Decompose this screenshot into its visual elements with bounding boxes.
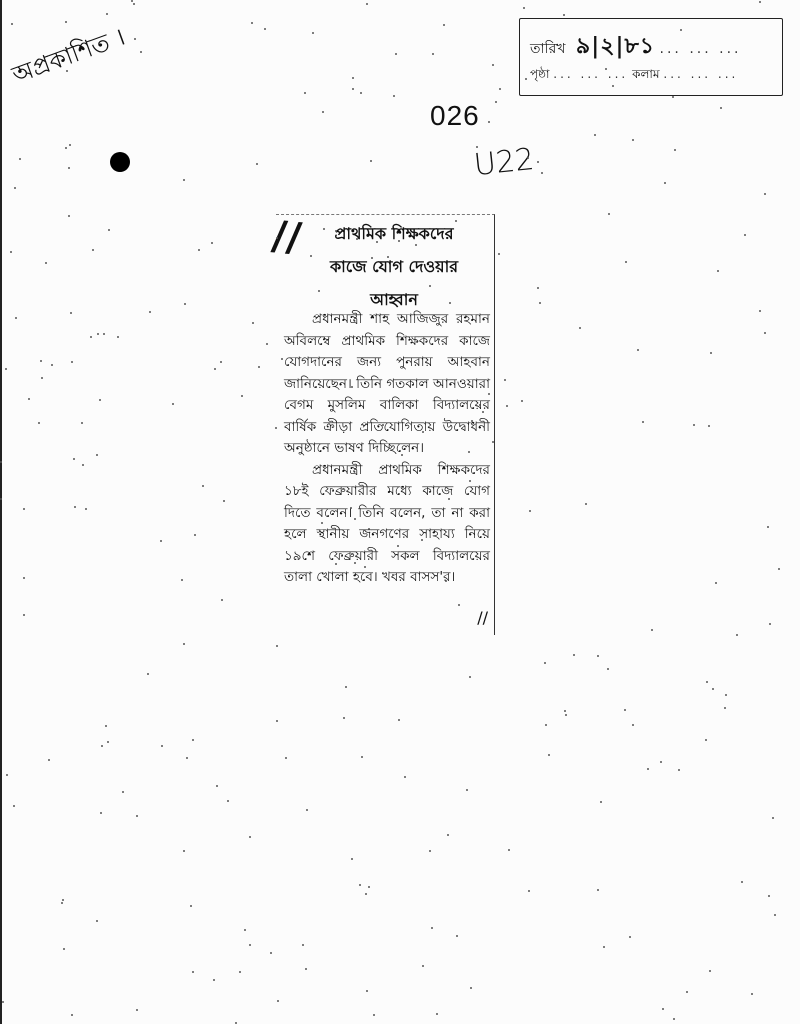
scan-speck [632,724,634,726]
scan-speck [63,948,65,950]
scan-speck [539,302,541,304]
scan-speck [431,927,433,929]
date-value: ৯|২|৮১ [576,33,655,59]
page-dots: ... ... ... [553,67,628,81]
scan-speck [350,507,352,509]
scan-speck [767,526,769,528]
date-dots: ... ... ... [660,41,742,57]
scan-speck [70,312,72,314]
scan-speck [456,935,458,937]
scan-speck [678,769,680,771]
scan-speck [281,358,283,360]
scan-speck [415,244,417,246]
scan-speck [724,707,726,709]
scan-speck [318,290,320,292]
scan-speck [266,343,268,345]
scan-speck [673,1018,675,1020]
scan-speck [373,1014,375,1016]
paragraph-2: প্রধানমন্ত্রী প্রাথমিক শিক্ষকদের ১৮ই ফেব… [284,460,490,589]
scan-speck [258,366,260,368]
scan-speck [41,377,43,379]
scan-speck [85,508,87,510]
scan-speck [71,361,73,363]
scan-speck [108,229,110,231]
scan-speck [360,92,362,94]
scan-speck [370,160,372,162]
scan-speck [276,237,278,239]
scan-speck [100,812,102,814]
date-stamp-box: তারিখ ৯|২|৮১ ... ... ... পৃষ্ঠা ... ... … [519,18,783,96]
scan-speck [705,739,707,741]
scan-speck [541,172,543,174]
scan-speck [382,424,384,426]
scan-speck [744,234,746,236]
scan-speck [525,78,527,80]
scan-speck [488,121,490,123]
scan-speck [564,710,566,712]
scan-speck [579,327,581,329]
scan-speck [241,395,243,397]
scan-speck [521,400,523,402]
scan-speck [495,101,497,103]
scan-speck [0,498,2,500]
scan-speck [0,461,2,463]
scan-speck [768,895,770,897]
scan-speck [133,3,135,5]
scan-speck [422,431,424,433]
marginal-note: অপ্রকাশিত । [7,19,131,97]
scan-speck [276,645,278,647]
scan-speck [276,720,278,722]
scan-speck [183,850,185,852]
scan-speck [252,322,254,324]
scan-speck [662,1008,664,1010]
scan-speck [227,800,229,802]
scan-speck [48,759,50,761]
scan-speck [181,579,183,581]
scan-speck [140,51,142,53]
scan-speck [437,338,439,340]
scan-speck [190,905,192,907]
scan-speck [122,791,124,793]
scan-speck [751,993,753,995]
scan-speck [594,134,596,136]
scan-speck [322,111,324,113]
scan-speck [15,317,17,319]
scan-speck [764,193,766,195]
scan-speck [548,754,550,756]
scan-speck [629,936,631,938]
scan-speck [764,332,766,334]
scan-speck [66,70,68,72]
date-label: তারিখ [530,41,565,57]
scan-speck [310,255,312,257]
scan-speck [335,563,337,565]
scan-speck [436,1013,438,1015]
handwritten-number: U22 [472,142,535,183]
scan-speck [545,724,547,726]
scan-speck [759,310,761,312]
scan-speck [376,241,378,243]
scan-speck [13,805,15,807]
scan-speck [312,32,314,34]
scan-speck [469,676,471,678]
scan-speck [527,157,529,159]
scan-speck [720,107,722,109]
scan-speck [397,545,399,547]
scan-speck [202,485,204,487]
scan-speck [672,96,674,98]
scan-speck [664,182,666,184]
scan-speck [256,163,258,165]
scan-speck [323,228,325,230]
scan-speck [302,944,304,946]
scan-speck [470,987,472,989]
scan-speck [607,668,609,670]
scan-speck [449,302,451,304]
scan-speck [103,333,105,335]
scan-speck [354,562,356,564]
scan-speck [345,686,347,688]
scan-speck [499,88,501,90]
scan-speck [96,920,98,922]
scan-speck [38,422,40,424]
scan-speck [183,643,185,645]
scan-speck [605,68,607,70]
scan-speck [637,349,639,351]
scan-speck [23,577,25,579]
scan-speck [249,836,251,838]
scan-speck [23,614,25,616]
scan-speck [211,242,213,244]
scan-speck [71,1014,73,1016]
scan-speck [40,360,42,362]
scan-speck [285,757,287,759]
date-row: তারিখ ৯|২|৮১ ... ... ... [530,29,741,66]
scan-speck [45,262,47,264]
scan-speck [11,23,13,25]
scan-speck [134,38,136,40]
scan-speck [351,858,353,860]
scan-speck [597,655,599,657]
scan-speck [183,179,185,181]
clipping-headline: প্রাথমিক শিক্ষকদের কাজে যোগ দেওয়ার আহ্ব… [296,217,492,316]
scan-speck [131,0,133,2]
scan-speck [360,449,362,451]
paragraph-1: প্রধানমন্ত্রী শাহ আজিজুর রহমান অবিলম্বে … [284,309,490,460]
scan-speck [73,458,75,460]
scan-speck [528,890,530,892]
scan-speck [198,249,200,251]
scan-speck [429,285,431,287]
scan-speck [365,893,367,895]
scan-speck [96,454,98,456]
scan-speck [220,361,222,363]
headline-line-2: কাজে যোগ দেওয়ার [296,250,492,283]
scan-speck [51,364,53,366]
scan-speck [443,24,445,26]
scan-speck [251,22,253,24]
scan-speck [105,725,107,727]
scan-speck [371,257,373,259]
scan-speck [366,990,368,992]
scan-speck [544,662,546,664]
scan-speck [469,480,471,482]
scan-speck [101,745,103,747]
scan-speck [717,270,719,272]
bullet-dot-icon [110,152,130,172]
headline-line-1: প্রাথমিক শিক্ষকদের [296,217,492,250]
scan-speck [117,336,119,338]
scan-speck [387,256,389,258]
scan-speck [264,28,266,30]
scan-speck [686,991,688,993]
scan-speck [106,13,108,15]
scan-speck [216,785,218,787]
scan-speck [160,540,162,542]
scan-speck [6,774,8,776]
scan-speck [10,251,12,253]
scan-speck [712,688,714,690]
scan-speck [458,604,460,606]
scan-speck [466,789,468,791]
scan-speck [192,739,194,741]
scan-speck [772,817,774,819]
scan-speck [398,240,400,242]
scan-speck [632,139,634,141]
scan-speck [186,757,188,759]
scan-speck [398,719,400,721]
scan-speck [706,681,708,683]
scan-speck [642,421,644,423]
scan-speck [476,146,478,148]
scan-speck [612,85,614,87]
scan-speck [774,914,776,916]
scan-speck [364,566,366,568]
scan-speck [624,709,626,711]
scan-speck [448,498,450,500]
scan-speck [74,506,76,508]
scan-speck [28,398,30,400]
column-label: কলাম [632,67,659,81]
scan-speck [335,230,337,232]
scan-speck [99,399,101,401]
scan-speck [65,21,67,23]
scan-speck [468,451,470,453]
scan-speck [603,946,605,948]
document-page: অপ্রকাশিত । তারিখ ৯|২|৮১ ... ... ... পৃষ… [0,0,800,1024]
scan-speck [401,454,403,456]
scan-speck [565,714,567,716]
scan-speck [537,287,539,289]
newspaper-clipping: // প্রাথমিক শিক্ষকদের কাজে যোগ দেওয়ার আ… [276,214,495,635]
column-dots: ... ... ... [663,67,738,81]
scan-speck [404,776,406,778]
scan-speck [715,582,717,584]
scan-speck [693,424,695,426]
scan-speck [759,1,761,3]
scan-speck [343,717,345,719]
scan-speck [529,510,531,512]
scan-speck [249,944,251,946]
scan-speck [573,654,575,656]
scan-speck [19,158,21,160]
scan-speck [608,213,610,215]
scan-speck [65,147,67,149]
scan-speck [523,7,525,9]
scan-speck [62,899,64,901]
scan-speck [769,623,771,625]
scan-speck [447,834,449,836]
end-mark-icon: // [477,608,488,627]
scan-speck [600,801,602,803]
scan-speck [429,850,431,852]
scan-speck [492,64,494,66]
scan-speck [161,745,163,747]
scan-speck [2,1001,4,1003]
scan-speck [422,965,424,967]
scan-speck [214,368,216,370]
scan-speck [68,167,70,169]
scan-speck [725,694,727,696]
scan-speck [352,88,354,90]
scan-speck [92,249,94,251]
scan-speck [508,849,510,851]
scan-speck [305,968,307,970]
scan-speck [356,238,358,240]
scan-speck [709,970,711,972]
scan-speck [184,303,186,305]
scan-speck [471,420,473,422]
scan-speck [421,539,423,541]
scan-edge [0,0,2,1024]
scan-speck [81,422,83,424]
scan-speck [61,902,63,904]
scan-speck [537,161,539,163]
scan-speck [361,756,363,758]
scan-speck [597,889,599,891]
scan-speck [172,403,174,405]
scan-speck [651,629,653,631]
scan-speck [352,77,354,79]
scan-speck [680,29,682,31]
scan-speck [625,261,627,263]
scan-speck [498,253,500,255]
scan-speck [366,3,368,5]
scan-speck [354,518,356,520]
scan-speck [97,333,99,335]
page-number-stamp: 026 [430,100,480,132]
scan-speck [563,14,565,16]
scan-speck [304,92,306,94]
scan-speck [223,500,225,502]
scan-speck [778,568,780,570]
clipping-body: প্রধানমন্ত্রী শাহ আজিজুর রহমান অবিলম্বে … [284,309,490,589]
scan-speck [213,979,215,981]
scan-speck [275,427,277,429]
scan-speck [68,215,70,217]
scan-speck [107,741,109,743]
scan-speck [90,336,92,338]
scan-speck [221,599,223,601]
scan-speck [741,881,743,883]
scan-speck [708,425,710,427]
scan-speck [506,405,508,407]
scan-speck [147,673,149,675]
scan-speck [194,534,196,536]
scan-speck [647,768,649,770]
scan-speck [492,441,494,443]
scan-speck [393,95,395,97]
scan-speck [392,574,394,576]
scan-speck [368,528,370,530]
page-column-row: পৃষ্ঠা ... ... ... কলাম ... ... ... [530,66,738,86]
scan-speck [736,634,738,636]
scan-speck [136,1009,138,1011]
scan-speck [192,971,194,973]
scan-speck [69,144,71,146]
scan-speck [239,971,241,973]
scan-speck [674,149,676,151]
scan-speck [82,464,84,466]
scan-speck [455,220,457,222]
scan-speck [14,187,16,189]
scan-speck [504,379,506,381]
scan-speck [306,809,308,811]
scan-speck [585,503,587,505]
scan-speck [479,404,481,406]
page-label: পৃষ্ঠা [530,67,549,81]
scan-speck [23,508,25,510]
scan-speck [277,1000,279,1002]
scan-speck [149,311,151,313]
scan-speck [432,53,434,55]
scan-speck [660,761,662,763]
scan-speck [321,522,323,524]
scan-speck [368,886,370,888]
scan-speck [482,411,484,413]
scan-speck [395,53,397,55]
scan-speck [244,929,246,931]
scan-speck [710,352,712,354]
scan-speck [5,368,7,370]
scan-speck [386,316,388,318]
scan-speck [488,393,490,395]
scan-speck [359,884,361,886]
scan-speck [270,952,272,954]
scan-speck [351,386,353,388]
scan-speck [445,580,447,582]
scan-speck [136,815,138,817]
